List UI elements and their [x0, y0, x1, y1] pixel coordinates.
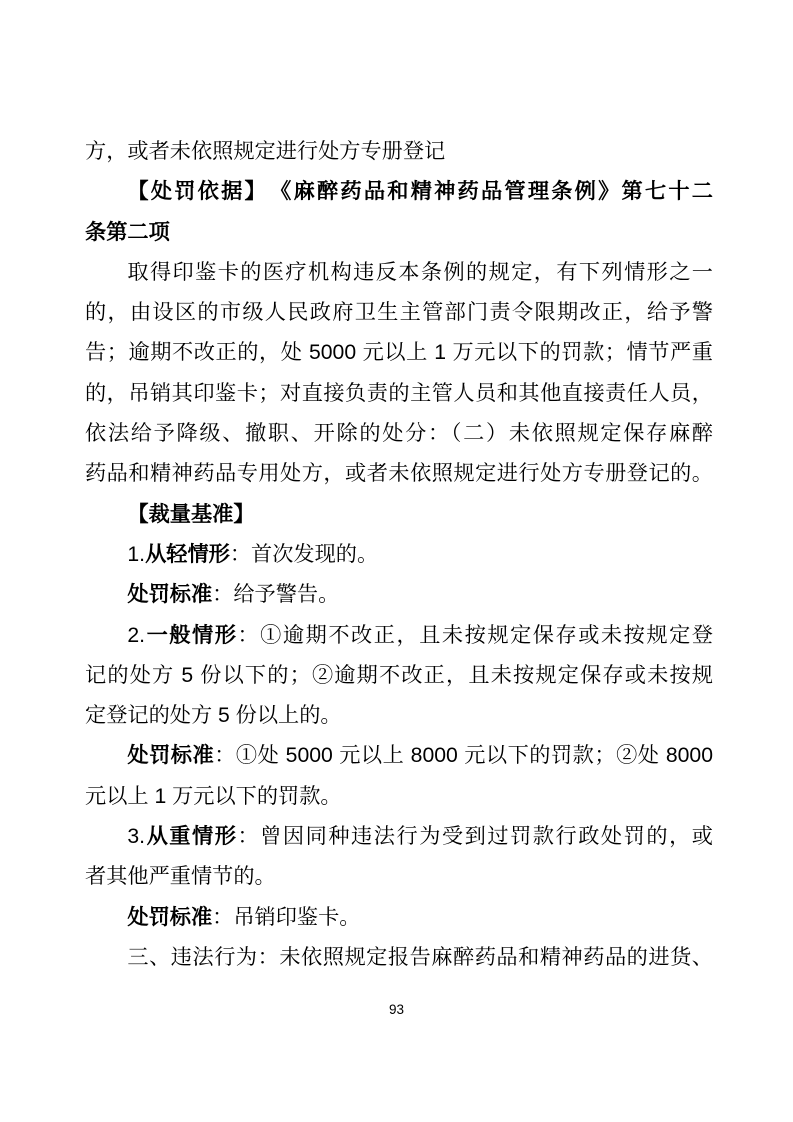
item-lenient-circumstance-line: 1.从轻情形：首次发现的。 — [85, 535, 713, 575]
text-run-bold: 处罚标准 — [127, 906, 212, 929]
item-general-circumstance-line3: 定登记的处方 5 份以上的。 — [85, 696, 713, 736]
penalty-standard-fine-line2: 元以上 1 万元以下的罚款。 — [85, 777, 713, 817]
text-run: 3. — [127, 825, 145, 848]
text-run-bold: 【处罚依据】 《麻醉药品和精神药品管理条例》第七十二 — [127, 180, 713, 203]
text-run-bold: 处罚标准 — [127, 583, 212, 606]
text-run: ：给予警告。 — [212, 583, 339, 606]
text-run: 依法给予降级、撤职、开除的处分：（二）未依照规定保存麻醉 — [85, 422, 713, 445]
text-run: 记的处方 5 份以下的；②逾期不改正，且未按规定保存或未按规 — [85, 664, 713, 687]
text-run-bold: 条第二项 — [85, 221, 170, 244]
text-run: 取得印鉴卡的医疗机构违反本条例的规定，有下列情形之一 — [127, 261, 713, 284]
page-number: 93 — [0, 1000, 793, 1020]
regulation-paragraph-line: 药品和精神药品专用处方，或者未依照规定进行处方专册登记的。 — [85, 454, 713, 494]
text-run-bold: 从重情形 — [145, 825, 237, 848]
text-run: ：①逾期不改正，且未按规定保存或未按规定登 — [237, 624, 713, 647]
text-line-continuation: 方，或者未依照规定进行处方专册登记 — [85, 132, 713, 172]
text-run: ：曾因同种违法行为受到过罚款行政处罚的，或 — [237, 825, 713, 848]
text-run: 三、违法行为：未依照规定报告麻醉药品和精神药品的进货、 — [127, 946, 713, 969]
text-run: 1. — [127, 543, 145, 566]
text-run: 定登记的处方 5 份以上的。 — [85, 704, 342, 727]
text-run: 告；逾期不改正的，处 5000 元以上 1 万元以下的罚款；情节严重 — [85, 341, 713, 364]
regulation-paragraph-line: 的，由设区的市级人民政府卫生主管部门责令限期改正，给予警 — [85, 293, 713, 333]
regulation-paragraph-line: 取得印鉴卡的医疗机构违反本条例的规定，有下列情形之一 — [85, 253, 713, 293]
text-run-bold: 【裁量基准】 — [127, 503, 254, 526]
text-run: 元以上 1 万元以下的罚款。 — [85, 785, 342, 808]
penalty-standard-warning-line: 处罚标准：给予警告。 — [85, 575, 713, 615]
heading-penalty-basis-line1: 【处罚依据】 《麻醉药品和精神药品管理条例》第七十二 — [85, 172, 713, 212]
heading-discretion-benchmark: 【裁量基准】 — [85, 495, 713, 535]
text-run-bold: 从轻情形 — [145, 543, 230, 566]
item-general-circumstance-line2: 记的处方 5 份以下的；②逾期不改正，且未按规定保存或未按规 — [85, 656, 713, 696]
regulation-paragraph-line: 依法给予降级、撤职、开除的处分：（二）未依照规定保存麻醉 — [85, 414, 713, 454]
text-run: 的，吊销其印鉴卡；对直接负责的主管人员和其他直接责任人员， — [85, 382, 713, 405]
text-run-bold: 一般情形 — [145, 624, 237, 647]
item-general-circumstance-line1: 2.一般情形：①逾期不改正，且未按规定保存或未按规定登 — [85, 616, 713, 656]
heading-penalty-basis-line2: 条第二项 — [85, 213, 713, 253]
text-run: ：①处 5000 元以上 8000 元以下的罚款；②处 8000 — [214, 744, 713, 767]
penalty-standard-revoke-line: 处罚标准：吊销印鉴卡。 — [85, 898, 713, 938]
text-run: 者其他严重情节的。 — [85, 865, 276, 888]
violation-three-line: 三、违法行为：未依照规定报告麻醉药品和精神药品的进货、 — [85, 938, 713, 978]
document-body: 方，或者未依照规定进行处方专册登记 【处罚依据】 《麻醉药品和精神药品管理条例》… — [85, 132, 713, 978]
penalty-standard-fine-line1: 处罚标准：①处 5000 元以上 8000 元以下的罚款；②处 8000 — [85, 736, 713, 776]
text-run: ：吊销印鉴卡。 — [212, 906, 360, 929]
item-aggravating-circumstance-line1: 3.从重情形：曾因同种违法行为受到过罚款行政处罚的，或 — [85, 817, 713, 857]
regulation-paragraph-line: 的，吊销其印鉴卡；对直接负责的主管人员和其他直接责任人员， — [85, 374, 713, 414]
text-run: 方，或者未依照规定进行处方专册登记 — [85, 140, 445, 163]
text-run: 的，由设区的市级人民政府卫生主管部门责令限期改正，给予警 — [85, 301, 713, 324]
text-run-bold: 处罚标准 — [127, 744, 214, 767]
text-run: 2. — [127, 624, 145, 647]
text-run: 药品和精神药品专用处方，或者未依照规定进行处方专册登记的。 — [85, 462, 713, 485]
item-aggravating-circumstance-line2: 者其他严重情节的。 — [85, 857, 713, 897]
text-run: ：首次发现的。 — [230, 543, 378, 566]
regulation-paragraph-line: 告；逾期不改正的，处 5000 元以上 1 万元以下的罚款；情节严重 — [85, 333, 713, 373]
document-page: 方，或者未依照规定进行处方专册登记 【处罚依据】 《麻醉药品和精神药品管理条例》… — [0, 0, 793, 1122]
